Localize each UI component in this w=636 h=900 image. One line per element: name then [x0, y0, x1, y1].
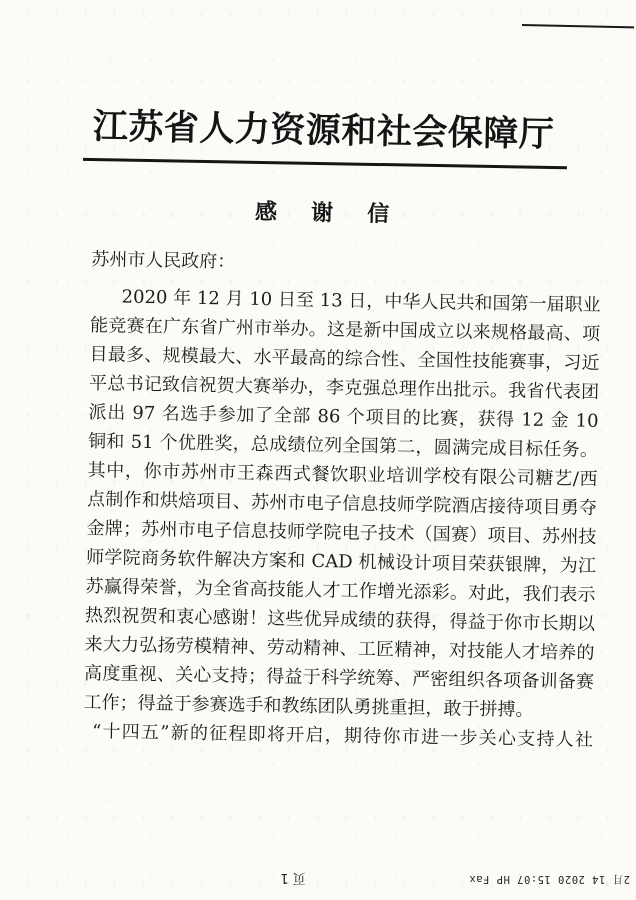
- salutation: 苏州市人民政府：: [91, 248, 235, 275]
- letter-body: 2020 年 12 月 10 日至 13 日，中华人民共和国第一届职业技 能竞赛…: [83, 282, 601, 755]
- letterhead-rule: [83, 158, 567, 169]
- letter-title: 感谢信: [4, 190, 636, 232]
- fax-timestamp: 2月 14 2020 15:07 HP Fax: [480, 870, 630, 888]
- scanned-letter-page: 江苏省人力资源和社会保障厅 感谢信 苏州市人民政府： 2020 年 12 月 1…: [0, 0, 636, 900]
- fax-page-number: 页 1: [272, 867, 314, 887]
- letter-content: 江苏省人力资源和社会保障厅 感谢信 苏州市人民政府： 2020 年 12 月 1…: [0, 0, 636, 900]
- letter-title-text: 感谢信: [255, 195, 424, 229]
- letterhead-org-name: 江苏省人力资源和社会保障厅: [5, 98, 636, 159]
